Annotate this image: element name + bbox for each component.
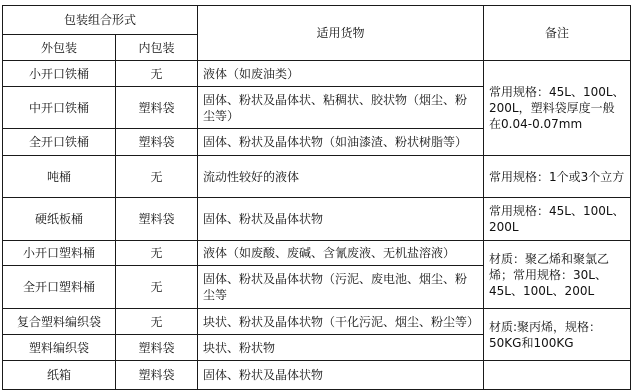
header-outer-packaging: 外包装 [3,35,116,61]
remark-cell: 材质:聚丙烯，规格： 50KG和100KG [484,309,631,361]
outer-packaging-cell: 小开口铁桶 [3,61,116,87]
table-row: 纸箱 塑料袋 固体、粉状及晶体状物 [3,361,631,390]
outer-packaging-cell: 硬纸板桶 [3,198,116,241]
goods-cell: 固体、粉状及晶体状物（污泥、废电池、烟尘、粉尘等 [198,266,484,309]
table-row: 小开口铁桶 无 液体（如废油类） 常用规格：45L、100L、200L，塑料袋厚… [3,61,631,87]
inner-packaging-cell: 塑料袋 [116,87,198,129]
remark-cell: 材质：聚乙烯和聚氯乙烯；常用规格：30L、45L、100L、200L [484,241,631,309]
header-row-1: 包装组合形式 适用货物 备注 [3,6,631,35]
goods-cell: 液体（如废油类） [198,61,484,87]
outer-packaging-cell: 小开口塑料桶 [3,241,116,266]
goods-cell: 固体、粉状及晶体状物 [198,198,484,241]
remark-cell-empty [484,361,631,390]
inner-packaging-cell: 无 [116,61,198,87]
outer-packaging-cell: 吨桶 [3,156,116,198]
outer-packaging-cell: 复合塑料编织袋 [3,309,116,335]
goods-cell: 块状、粉状及晶体状物（干化污泥、烟尘、粉尘等） [198,309,484,335]
goods-cell: 块状、粉状物 [198,335,484,361]
remark-cell: 常用规格：45L、100L、200L，塑料袋厚度一般在0.04-0.07mm [484,61,631,156]
outer-packaging-cell: 中开口铁桶 [3,87,116,129]
inner-packaging-cell: 无 [116,266,198,309]
remark-cell: 常用规格：1个或3个立方 [484,156,631,198]
outer-packaging-cell: 全开口铁桶 [3,129,116,156]
header-applicable-goods: 适用货物 [198,6,484,61]
inner-packaging-cell: 无 [116,156,198,198]
remark-cell: 常用规格：45L、100L、200L [484,198,631,241]
inner-packaging-cell: 塑料袋 [116,361,198,390]
outer-packaging-cell: 塑料编织袋 [3,335,116,361]
header-packaging-combination: 包装组合形式 [3,6,198,35]
outer-packaging-cell: 纸箱 [3,361,116,390]
inner-packaging-cell: 塑料袋 [116,198,198,241]
packaging-table: 包装组合形式 适用货物 备注 外包装 内包装 小开口铁桶 无 液体（如废油类） … [2,5,631,390]
goods-cell: 固体、粉状及晶体状物（如油漆渣、粉状树脂等） [198,129,484,156]
inner-packaging-cell: 无 [116,309,198,335]
table-row: 小开口塑料桶 无 液体（如废酸、废碱、含氰废液、无机盐溶液） 材质：聚乙烯和聚氯… [3,241,631,266]
goods-cell: 固体、粉状及晶体状、粘稠状、胶状物（烟尘、粉尘等） [198,87,484,129]
inner-packaging-cell: 塑料袋 [116,129,198,156]
outer-packaging-cell: 全开口塑料桶 [3,266,116,309]
goods-cell: 流动性较好的液体 [198,156,484,198]
goods-cell: 固体、粉状及晶体状物 [198,361,484,390]
goods-cell: 液体（如废酸、废碱、含氰废液、无机盐溶液） [198,241,484,266]
inner-packaging-cell: 无 [116,241,198,266]
table-row: 硬纸板桶 塑料袋 固体、粉状及晶体状物 常用规格：45L、100L、200L [3,198,631,241]
header-remarks: 备注 [484,6,631,61]
table-row: 复合塑料编织袋 无 块状、粉状及晶体状物（干化污泥、烟尘、粉尘等） 材质:聚丙烯… [3,309,631,335]
inner-packaging-cell: 塑料袋 [116,335,198,361]
table-row: 吨桶 无 流动性较好的液体 常用规格：1个或3个立方 [3,156,631,198]
header-inner-packaging: 内包装 [116,35,198,61]
